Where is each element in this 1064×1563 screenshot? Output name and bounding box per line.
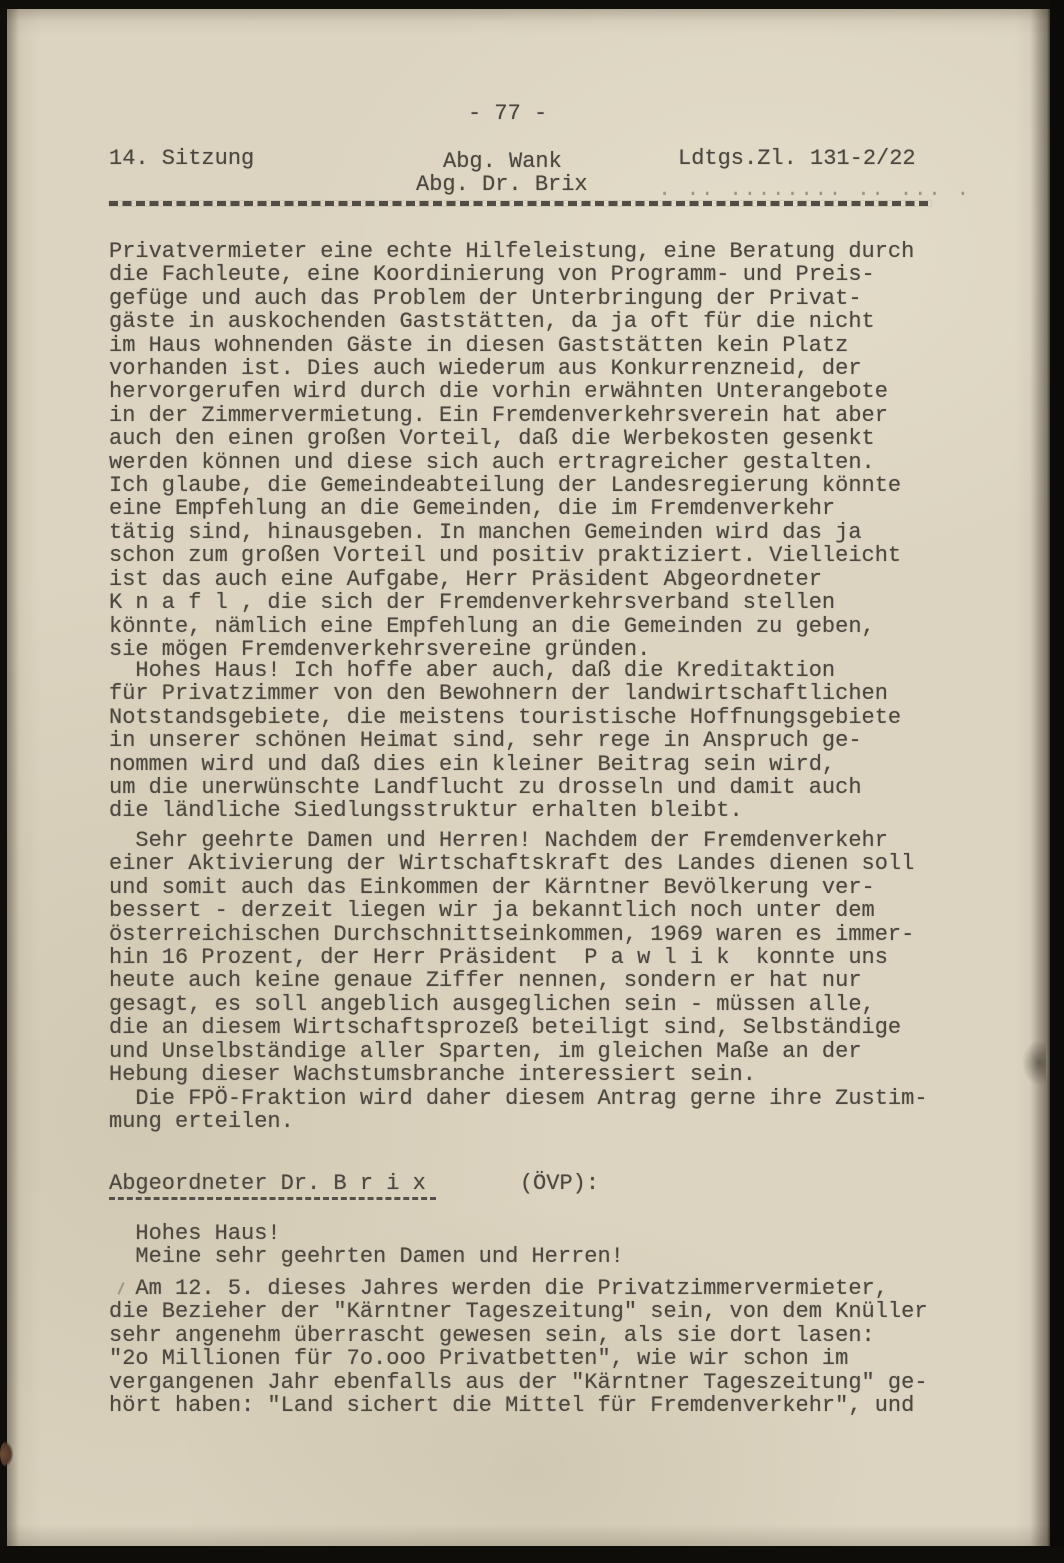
paper-stain	[0, 162, 10, 182]
salutation-lines: Hohes Haus! Meine sehr geehrten Damen un…	[109, 1222, 624, 1269]
speaker-name-underlined: Abgeordneter Dr. B r i x	[109, 1172, 436, 1200]
transcript-paragraph: Privatvermieter eine echte Hilfeleistung…	[109, 240, 914, 661]
header-speaker-wank: Abg. Wank	[443, 150, 562, 173]
transcript-paragraph: Sehr geehrte Damen und Herren! Nachdem d…	[109, 829, 914, 1086]
transcript-paragraph: Am 12. 5. dieses Jahres werden die Priva…	[109, 1277, 928, 1417]
page-number: - 77 -	[468, 102, 547, 125]
scanned-page: - 77 - 14. Sitzung Abg. Wank Abg. Dr. Br…	[0, 0, 1064, 1563]
paper-edge-shadow-left	[7, 0, 19, 1563]
paper-stain	[0, 1441, 13, 1467]
document-reference: Ldtgs.Zl. 131-2/22	[678, 147, 916, 170]
speaker-heading: Abgeordneter Dr. B r i x(ÖVP):	[109, 1172, 599, 1200]
speaker-party: (ÖVP):	[520, 1171, 599, 1196]
separator-dashed-line	[109, 201, 931, 206]
transcript-paragraph: Hohes Haus! Ich hoffe aber auch, daß die…	[109, 659, 901, 823]
scanner-edge-right	[1050, 0, 1064, 1563]
scanner-edge-top	[0, 0, 1064, 9]
scanner-edge-left	[0, 0, 7, 1563]
transcript-paragraph: Die FPÖ-Fraktion wird daher diesem Antra…	[109, 1087, 928, 1134]
faint-typed-dots: . .. ........ .. ... .	[658, 178, 970, 201]
header-speaker-brix: Abg. Dr. Brix	[416, 173, 588, 196]
scanner-edge-bottom	[0, 1546, 1064, 1563]
paper-edge-shadow-right	[1030, 0, 1050, 1563]
session-label: 14. Sitzung	[109, 147, 254, 170]
